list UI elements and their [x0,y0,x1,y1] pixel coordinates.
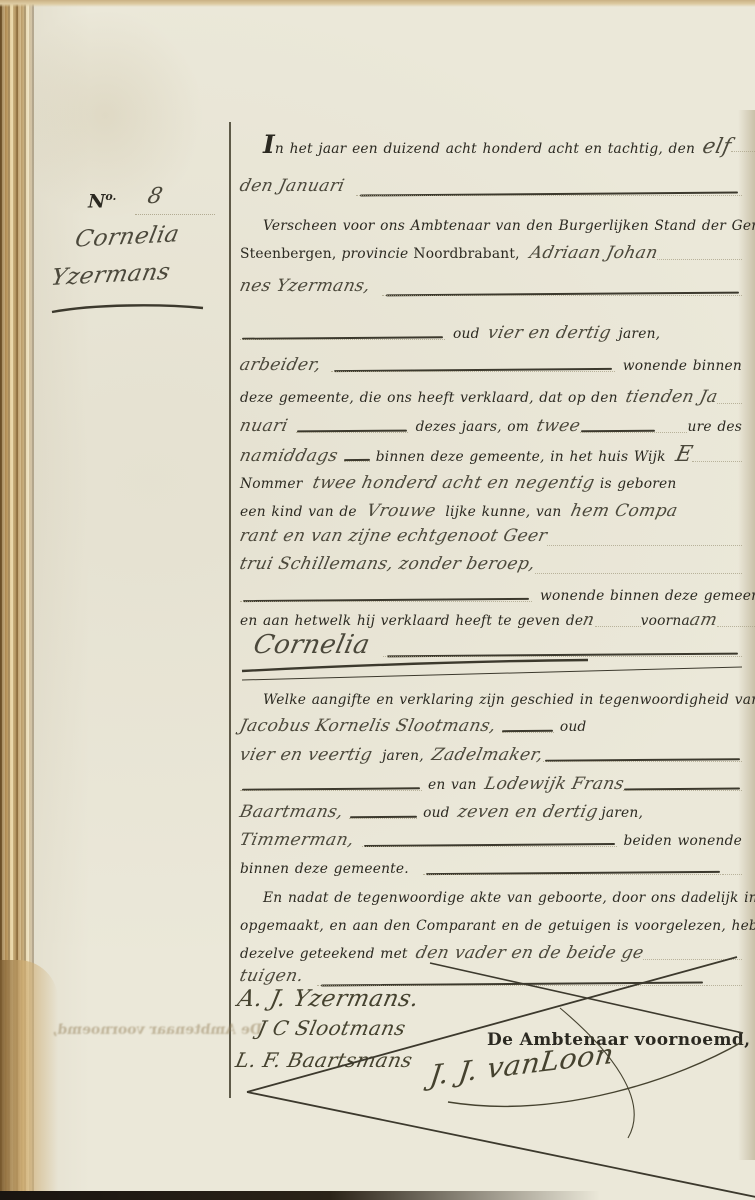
blank-fill [383,630,742,666]
act-number-value: 8 [145,184,165,209]
handwritten-witness2-age: zeven en dertig [456,802,600,822]
blank-fill [657,240,742,269]
printed-text: dezelve geteekend met [240,940,408,969]
printed-text: dezes jaars, om [416,413,529,442]
pen-dash [624,788,740,791]
pen-dash [360,192,738,197]
line-mother-2: trui Schillemans, zonder beroep, [240,554,742,583]
blank-fill [356,176,742,205]
handwritten-parent-ref: hem Compa [569,501,680,521]
ink-bleedthrough-text: De Ambtenaar voornoemd, [41,1022,263,1038]
printed-text: opgemaakt, en aan den Comparant en de ge… [240,912,755,941]
line-closing-1: En nadat de tegenwoordige akte van geboo… [240,884,755,913]
handwritten-age: vier en dertig [485,323,612,343]
line-both-residing: binnen deze gemeente. [240,855,742,884]
line-birth-month-hour: nuari dezes jaars, om twee ure des [240,413,742,442]
blank-fill [543,742,742,771]
printed-text: wonende binnen [623,352,742,381]
line-witness2-name: en van Lodewijk Frans [240,771,742,800]
handwritten-witness1-age: vier en veertig [238,745,374,765]
pen-dash [545,758,740,762]
line-occupation: arbeider, wonende binnen [240,352,742,381]
pen-dash [344,459,370,461]
blank-fill [643,940,742,969]
line-declarant-surname: nes Yzermans, [240,276,742,305]
line-afternoon-wijk: namiddags binnen deze gemeente, in het h… [240,442,742,471]
line-declaration: deze gemeente, die ons heeft verklaard, … [240,384,742,413]
handwritten-sex: Vrouwe [365,501,438,521]
line-year: In het jaar een duizend acht honderd ach… [240,132,755,161]
pen-dash [243,598,529,602]
handwritten-witness2-occupation: Timmerman, [238,830,356,850]
pen-dash [581,430,655,433]
line-house-number: Nommer twee honderd acht en negentig is … [240,470,742,499]
handwritten-witness2-surname: Baartmans, [238,802,345,822]
signature-witness2: L. F. Baartsmans [233,1048,414,1072]
closure-diagonal-3 [247,1092,755,1197]
book-binding-edge-bottom [0,960,58,1200]
handwritten-month: den Januari [238,176,347,196]
handwritten-signed-with: den vader en de beide ge [414,943,646,963]
printed-text: provincie [341,240,408,269]
printed-text: En nadat de tegenwoordige akte van geboo… [263,884,755,913]
printed-text: een kind van de [240,498,357,527]
pen-dash [426,871,720,875]
name-underline-thin [242,667,742,680]
handwritten-witness1-occupation: Zadelmaker, [430,745,545,765]
pen-dash [334,368,612,372]
handwritten-mother-line2: trui Schillemans, zonder beroep, [238,554,537,574]
handwritten-witness2-firstnames: Lodewijk Frans [482,774,625,794]
blank-fill [296,413,408,442]
blank-fill [240,320,445,349]
handwritten-witnesses-word: tuigen. [238,966,306,986]
blank-fill [382,276,742,305]
line-closing-3: dezelve geteekend met den vader en de be… [240,940,742,969]
blank-fill [547,526,742,555]
printed-text: en van [428,771,477,800]
blank-fill [692,442,742,471]
printed-text: Noordbrabant, [413,240,519,269]
blank-fill [502,713,554,742]
handwritten-child-firstname: Cornelia [251,630,373,660]
pen-dash [387,653,738,658]
printed-text: is geboren [600,470,677,499]
handwritten-occupation: arbeider, [238,355,323,375]
blank-fill [423,855,723,884]
blank-fill [344,442,370,471]
printed-text: Steenbergen, [240,240,336,269]
printed-text: beiden wonende [623,827,742,856]
blank-fill [717,384,742,413]
line-child-firstname: Cornelia [240,630,742,666]
signature-father: A. J. Yzermans. [235,986,421,1012]
line-witness2-occupation: Timmerman, beiden wonende [240,827,742,856]
printed-text: oud [453,320,480,349]
blank-fill [362,827,618,856]
margin-underline-flourish [52,305,203,312]
margin-child-surname: Yzermans [49,259,173,291]
line-witness-intro: Welke aangifte en verklaring zijn geschi… [240,686,755,715]
handwritten-day: elf [700,134,733,158]
pen-dash [364,843,615,847]
handwritten-witness1-name: Jacobus Kornelis Slootmans, [238,716,498,736]
line-age: oud vier en dertig jaren, [240,320,742,349]
blank-fill [349,799,417,828]
pen-dash [297,430,407,433]
act-number-guide [135,214,215,215]
printed-text: lijke kunne, van [445,498,561,527]
printed-text: n het jaar een duizend acht honderd acht… [275,135,695,164]
pen-dash [502,730,553,732]
page-bottom-edge [0,1191,600,1200]
handwritten-daypart: namiddags [238,446,340,466]
printed-text: deze gemeente, die ons heeft verklaard, … [240,384,618,413]
printed-text: jaren, [382,742,424,771]
line-mother-1: rant en van zijne echtgenoot Geer [240,526,742,555]
handwritten-hour: twee [535,416,582,436]
pen-dash [386,292,739,297]
handwritten-birth-month: nuari [238,416,290,436]
line-witness1-age: vier en veertig jaren, Zadelmaker, [240,742,742,771]
act-number-sup: o. [105,190,116,203]
printed-text: oud [560,713,587,742]
printed-text: Nommer [240,470,303,499]
printed-text: ure des [687,413,742,442]
printed-text: jaren, [601,799,643,828]
blank-fill [731,132,755,161]
pen-dash [242,336,443,340]
printed-text: jaren, [619,320,661,349]
blank-fill [723,855,742,884]
blank-fill [535,554,742,583]
line-witness1-name: Jacobus Kornelis Slootmans, oud [240,713,742,742]
handwritten-birthday: tienden Ja [624,387,720,407]
handwritten-declarant-firstnames: Adriaan Johan [528,243,660,263]
handwritten-house-number: twee honderd acht en negentig [310,473,596,493]
line-month: den Januari [240,176,742,205]
line-municipality: Steenbergen, provincie Noordbrabant, Adr… [240,240,742,269]
blank-fill [623,771,742,800]
line-child-sex: een kind van de Vrouwe lijke kunne, van … [240,498,742,527]
blank-fill [580,413,687,442]
handwritten-mother-line1: rant en van zijne echtgenoot Geer [238,526,549,546]
line-witness2-age: Baartmans, oud zeven en dertig jaren, [240,799,742,828]
line-appeared: Verscheen voor ons Ambtenaar van den Bur… [240,212,755,241]
pen-dash [350,816,417,819]
pen-dash [242,787,420,790]
handwritten-declarant-surname: nes Yzermans, [238,276,372,296]
handwritten-am: am [688,610,719,630]
blank-fill [331,352,615,381]
printed-text: Welke aangifte en verklaring zijn geschi… [263,686,755,715]
page-top-edge [0,0,755,7]
drop-cap: I [263,132,275,158]
printed-text: Verscheen voor ons Ambtenaar van den Bur… [263,212,755,241]
printed-text: binnen deze gemeente. [240,855,409,884]
act-number-label: No. [88,190,116,212]
printed-text: binnen deze gemeente, in het huis Wijk [376,443,666,472]
register-page: No. 8 Cornelia Yzermans De Ambtenaar voo… [0,0,755,1200]
line-closing-2: opgemaakt, en aan den Comparant en de ge… [240,912,742,941]
margin-child-firstname: Cornelia [73,221,182,252]
margin-rule [229,122,231,1098]
signature-witness1: J C Slootmans [255,1016,408,1040]
printed-text: oud [423,799,450,828]
blank-fill [707,966,742,995]
blank-fill [240,771,422,800]
